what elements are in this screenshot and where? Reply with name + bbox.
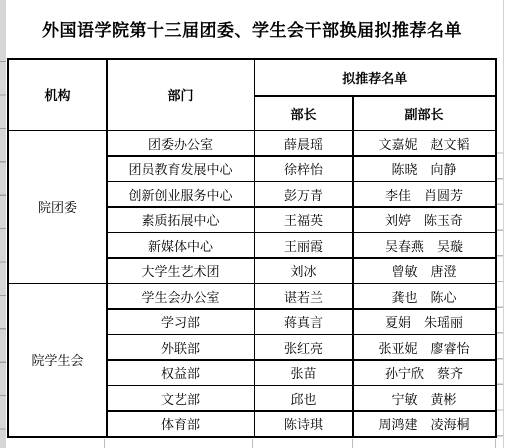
sheet-gridline-vertical (503, 0, 504, 448)
minister-cell: 薛晨瑶 (255, 131, 352, 155)
minister-cell: 陈诗琪 (255, 412, 352, 436)
sheet-gridline-stub-bottom (495, 439, 496, 448)
department-cell: 创新创业服务中心 (108, 182, 254, 206)
sheet-gridline-stub-bottom (104, 439, 105, 448)
org-group-cell: 院学生会 (9, 284, 106, 436)
sheet-gridline-stub-bottom (352, 439, 353, 448)
page: 外国语学院第十三届团委、学生会干部换届拟推荐名单 机构 部门 拟推荐名单 部长 … (0, 0, 506, 448)
header-org: 机构 (9, 60, 106, 130)
sheet-margin-strip (0, 0, 6, 448)
deputy-cell: 宁敏 黄彬 (354, 386, 495, 410)
department-cell: 团委办公室 (108, 131, 254, 155)
department-cell: 学生会办公室 (108, 284, 254, 308)
sheet-gridline-stub-bottom (252, 439, 253, 448)
deputy-cell: 孙宁欣 蔡齐 (354, 361, 495, 385)
minister-cell: 刘冰 (255, 259, 352, 283)
minister-cell: 张苗 (255, 361, 352, 385)
deputy-cell: 刘婷 陈玉奇 (354, 208, 495, 232)
deputy-cell: 夏娟 朱瑶丽 (354, 310, 495, 334)
minister-cell: 彭万青 (255, 182, 352, 206)
department-cell: 文艺部 (108, 386, 254, 410)
minister-cell: 蒋真言 (255, 310, 352, 334)
department-cell: 团员教育发展中心 (108, 157, 254, 181)
department-cell: 体育部 (108, 412, 254, 436)
department-cell: 新媒体中心 (108, 233, 254, 257)
department-cell: 素质拓展中心 (108, 208, 254, 232)
deputy-cell: 龚也 陈心 (354, 284, 495, 308)
minister-cell: 邱也 (255, 386, 352, 410)
deputy-cell: 文嘉妮 赵文韬 (354, 131, 495, 155)
department-cell: 外联部 (108, 335, 254, 359)
minister-cell: 张红亮 (255, 335, 352, 359)
header-recommended: 拟推荐名单 (255, 60, 495, 95)
department-cell: 学习部 (108, 310, 254, 334)
minister-cell: 徐梓怡 (255, 157, 352, 181)
header-department: 部门 (108, 60, 254, 130)
deputy-cell: 李佳 肖圆芳 (354, 182, 495, 206)
org-group-cell: 院团委 (9, 131, 106, 283)
minister-cell: 王丽霞 (255, 233, 352, 257)
department-cell: 大学生艺术团 (108, 259, 254, 283)
recommendation-table: 机构 部门 拟推荐名单 部长 副部长 院团委 团委办公室 薛晨瑶 文嘉妮 赵文韬… (7, 58, 497, 438)
page-title: 外国语学院第十三届团委、学生会干部换届拟推荐名单 (7, 0, 497, 57)
sheet-gridline-stubs-right (497, 128, 503, 438)
department-cell: 权益部 (108, 361, 254, 385)
minister-cell: 王福英 (255, 208, 352, 232)
header-deputy: 副部长 (354, 97, 495, 130)
deputy-cell: 周鸿建 凌海桐 (354, 412, 495, 436)
deputy-cell: 张亚妮 廖睿怡 (354, 335, 495, 359)
header-minister: 部长 (255, 97, 352, 130)
deputy-cell: 吴春燕 吴璇 (354, 233, 495, 257)
deputy-cell: 曾敏 唐澄 (354, 259, 495, 283)
minister-cell: 谌若兰 (255, 284, 352, 308)
deputy-cell: 陈晓 向静 (354, 157, 495, 181)
